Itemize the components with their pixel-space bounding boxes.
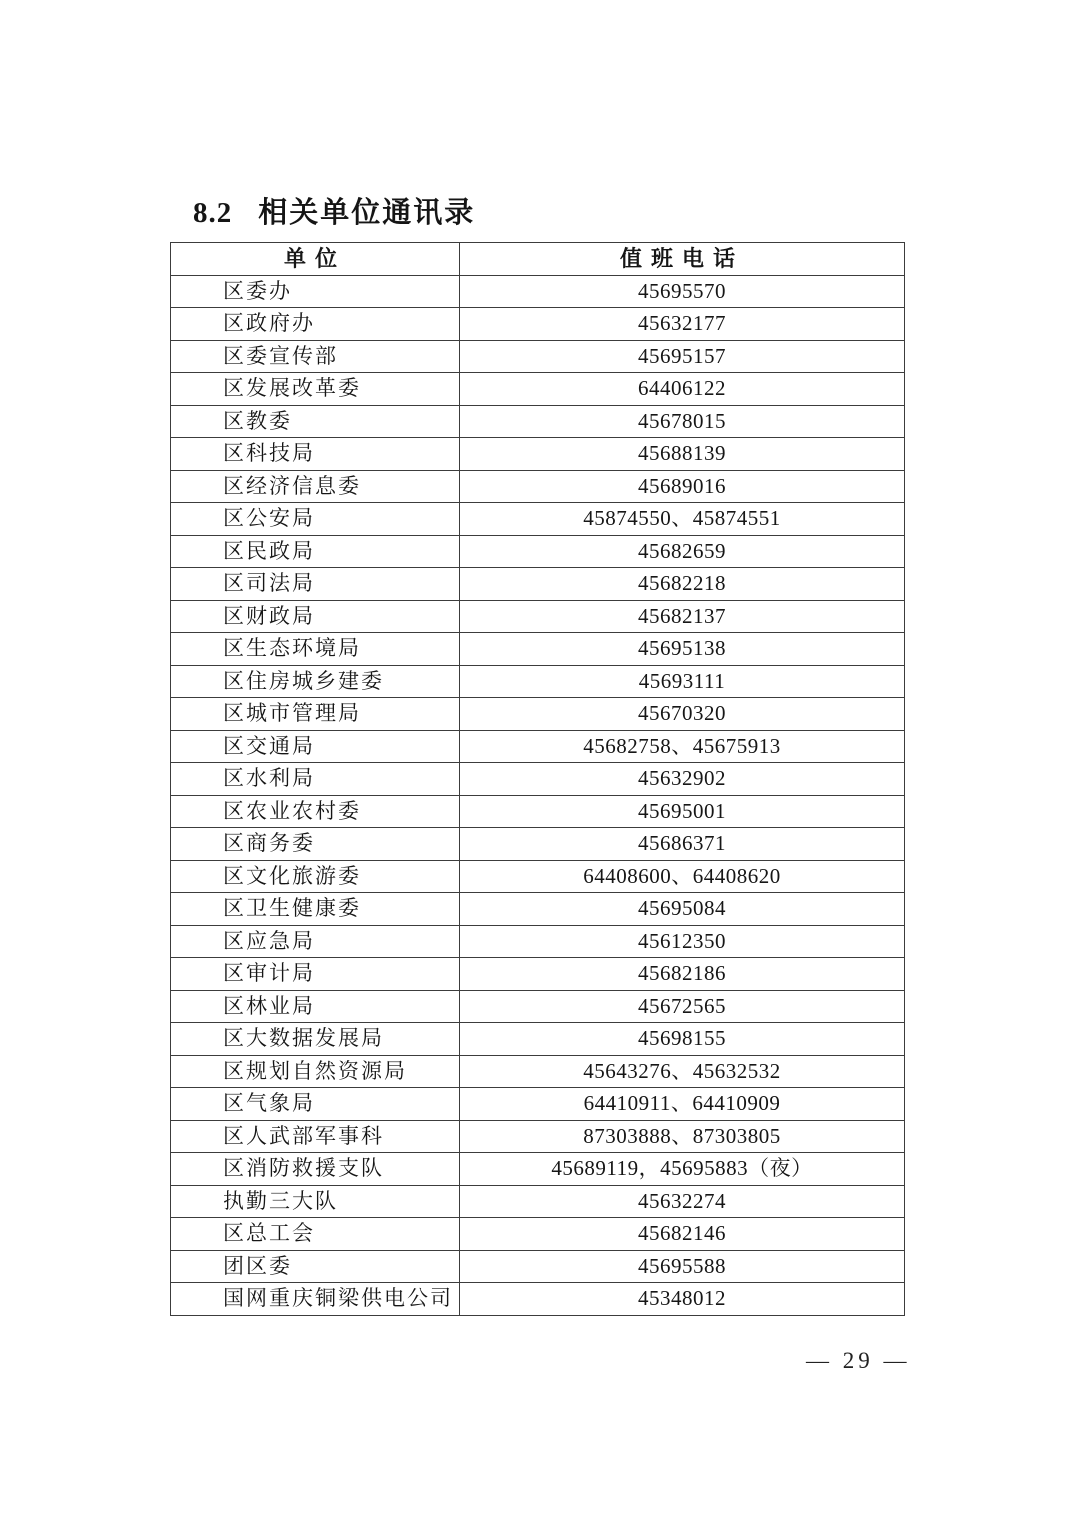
table-row: 区规划自然资源局45643276、45632532 (171, 1055, 905, 1088)
unit-cell: 区住房城乡建委 (171, 665, 460, 698)
unit-cell: 执勤三大队 (171, 1185, 460, 1218)
phone-cell: 45632902 (460, 763, 905, 796)
table-row: 区文化旅游委64408600、64408620 (171, 860, 905, 893)
unit-cell: 区卫生健康委 (171, 893, 460, 926)
unit-cell: 区气象局 (171, 1088, 460, 1121)
table-row: 区教委45678015 (171, 405, 905, 438)
phone-cell: 64410911、64410909 (460, 1088, 905, 1121)
table-row: 区交通局45682758、45675913 (171, 730, 905, 763)
unit-cell: 区应急局 (171, 925, 460, 958)
phone-cell: 45632274 (460, 1185, 905, 1218)
unit-cell: 区总工会 (171, 1218, 460, 1251)
table-row: 区大数据发展局45698155 (171, 1023, 905, 1056)
phone-cell: 45693111 (460, 665, 905, 698)
page-number: — 29 — (806, 1348, 911, 1374)
table-row: 区人武部军事科87303888、87303805 (171, 1120, 905, 1153)
column-header-unit: 单位 (171, 243, 460, 276)
unit-cell: 区司法局 (171, 568, 460, 601)
table-row: 国网重庆铜梁供电公司45348012 (171, 1283, 905, 1316)
table-row: 区卫生健康委45695084 (171, 893, 905, 926)
unit-cell: 区农业农村委 (171, 795, 460, 828)
phone-cell: 45348012 (460, 1283, 905, 1316)
table-row: 区政府办45632177 (171, 308, 905, 341)
phone-cell: 45695570 (460, 275, 905, 308)
unit-cell: 区民政局 (171, 535, 460, 568)
section-number: 8.2 (193, 197, 232, 229)
table-row: 执勤三大队45632274 (171, 1185, 905, 1218)
table-row: 区科技局45688139 (171, 438, 905, 471)
table-row: 区公安局45874550、45874551 (171, 503, 905, 536)
phone-cell: 45695588 (460, 1250, 905, 1283)
table-row: 区林业局45672565 (171, 990, 905, 1023)
table-row: 区生态环境局45695138 (171, 633, 905, 666)
unit-cell: 区人武部军事科 (171, 1120, 460, 1153)
phone-cell: 45695001 (460, 795, 905, 828)
phone-cell: 45689119，45695883（夜） (460, 1153, 905, 1186)
table-row: 区气象局64410911、64410909 (171, 1088, 905, 1121)
unit-cell: 团区委 (171, 1250, 460, 1283)
unit-cell: 区林业局 (171, 990, 460, 1023)
phone-cell: 64406122 (460, 373, 905, 406)
table-row: 区住房城乡建委45693111 (171, 665, 905, 698)
phone-cell: 45695084 (460, 893, 905, 926)
table-row: 区委办45695570 (171, 275, 905, 308)
phone-cell: 45682659 (460, 535, 905, 568)
phone-cell: 45689016 (460, 470, 905, 503)
unit-cell: 区政府办 (171, 308, 460, 341)
document-page: 8.2相关单位通讯录 单位 值班电话 区委办45695570区政府办456321… (0, 0, 1074, 1520)
table-header-row: 单位 值班电话 (171, 243, 905, 276)
phone-cell: 45682758、45675913 (460, 730, 905, 763)
unit-cell: 区委办 (171, 275, 460, 308)
unit-cell: 区商务委 (171, 828, 460, 861)
section-title-text: 相关单位通讯录 (258, 197, 475, 229)
table-row: 区消防救援支队45689119，45695883（夜） (171, 1153, 905, 1186)
phone-cell: 45698155 (460, 1023, 905, 1056)
table-row: 区民政局45682659 (171, 535, 905, 568)
table-row: 区财政局45682137 (171, 600, 905, 633)
unit-cell: 区消防救援支队 (171, 1153, 460, 1186)
table-row: 区城市管理局45670320 (171, 698, 905, 731)
table-row: 区应急局45612350 (171, 925, 905, 958)
phone-cell: 45632177 (460, 308, 905, 341)
phone-cell: 45695157 (460, 340, 905, 373)
phone-cell: 45682186 (460, 958, 905, 991)
table-body: 区委办45695570区政府办45632177区委宣传部45695157区发展改… (171, 275, 905, 1315)
phone-cell: 45682137 (460, 600, 905, 633)
phone-cell: 45682218 (460, 568, 905, 601)
phone-cell: 64408600、64408620 (460, 860, 905, 893)
phone-cell: 45682146 (460, 1218, 905, 1251)
table-row: 区总工会45682146 (171, 1218, 905, 1251)
table-row: 区司法局45682218 (171, 568, 905, 601)
table-row: 区水利局45632902 (171, 763, 905, 796)
unit-cell: 区城市管理局 (171, 698, 460, 731)
table-row: 区委宣传部45695157 (171, 340, 905, 373)
phone-cell: 45695138 (460, 633, 905, 666)
phone-cell: 45670320 (460, 698, 905, 731)
section-title: 8.2相关单位通讯录 (193, 190, 475, 231)
table-row: 区审计局45682186 (171, 958, 905, 991)
table-row: 区农业农村委45695001 (171, 795, 905, 828)
phone-cell: 45678015 (460, 405, 905, 438)
table-row: 区商务委45686371 (171, 828, 905, 861)
unit-cell: 区科技局 (171, 438, 460, 471)
phone-cell: 87303888、87303805 (460, 1120, 905, 1153)
phone-cell: 45688139 (460, 438, 905, 471)
contact-table: 单位 值班电话 区委办45695570区政府办45632177区委宣传部4569… (170, 242, 905, 1316)
unit-cell: 区公安局 (171, 503, 460, 536)
table-row: 团区委45695588 (171, 1250, 905, 1283)
column-header-phone: 值班电话 (460, 243, 905, 276)
unit-cell: 国网重庆铜梁供电公司 (171, 1283, 460, 1316)
unit-cell: 区交通局 (171, 730, 460, 763)
unit-cell: 区发展改革委 (171, 373, 460, 406)
unit-cell: 区教委 (171, 405, 460, 438)
phone-cell: 45643276、45632532 (460, 1055, 905, 1088)
unit-cell: 区审计局 (171, 958, 460, 991)
unit-cell: 区生态环境局 (171, 633, 460, 666)
unit-cell: 区经济信息委 (171, 470, 460, 503)
unit-cell: 区水利局 (171, 763, 460, 796)
unit-cell: 区文化旅游委 (171, 860, 460, 893)
table-row: 区经济信息委45689016 (171, 470, 905, 503)
unit-cell: 区财政局 (171, 600, 460, 633)
unit-cell: 区委宣传部 (171, 340, 460, 373)
unit-cell: 区大数据发展局 (171, 1023, 460, 1056)
table-row: 区发展改革委64406122 (171, 373, 905, 406)
phone-cell: 45672565 (460, 990, 905, 1023)
unit-cell: 区规划自然资源局 (171, 1055, 460, 1088)
phone-cell: 45612350 (460, 925, 905, 958)
phone-cell: 45874550、45874551 (460, 503, 905, 536)
phone-cell: 45686371 (460, 828, 905, 861)
